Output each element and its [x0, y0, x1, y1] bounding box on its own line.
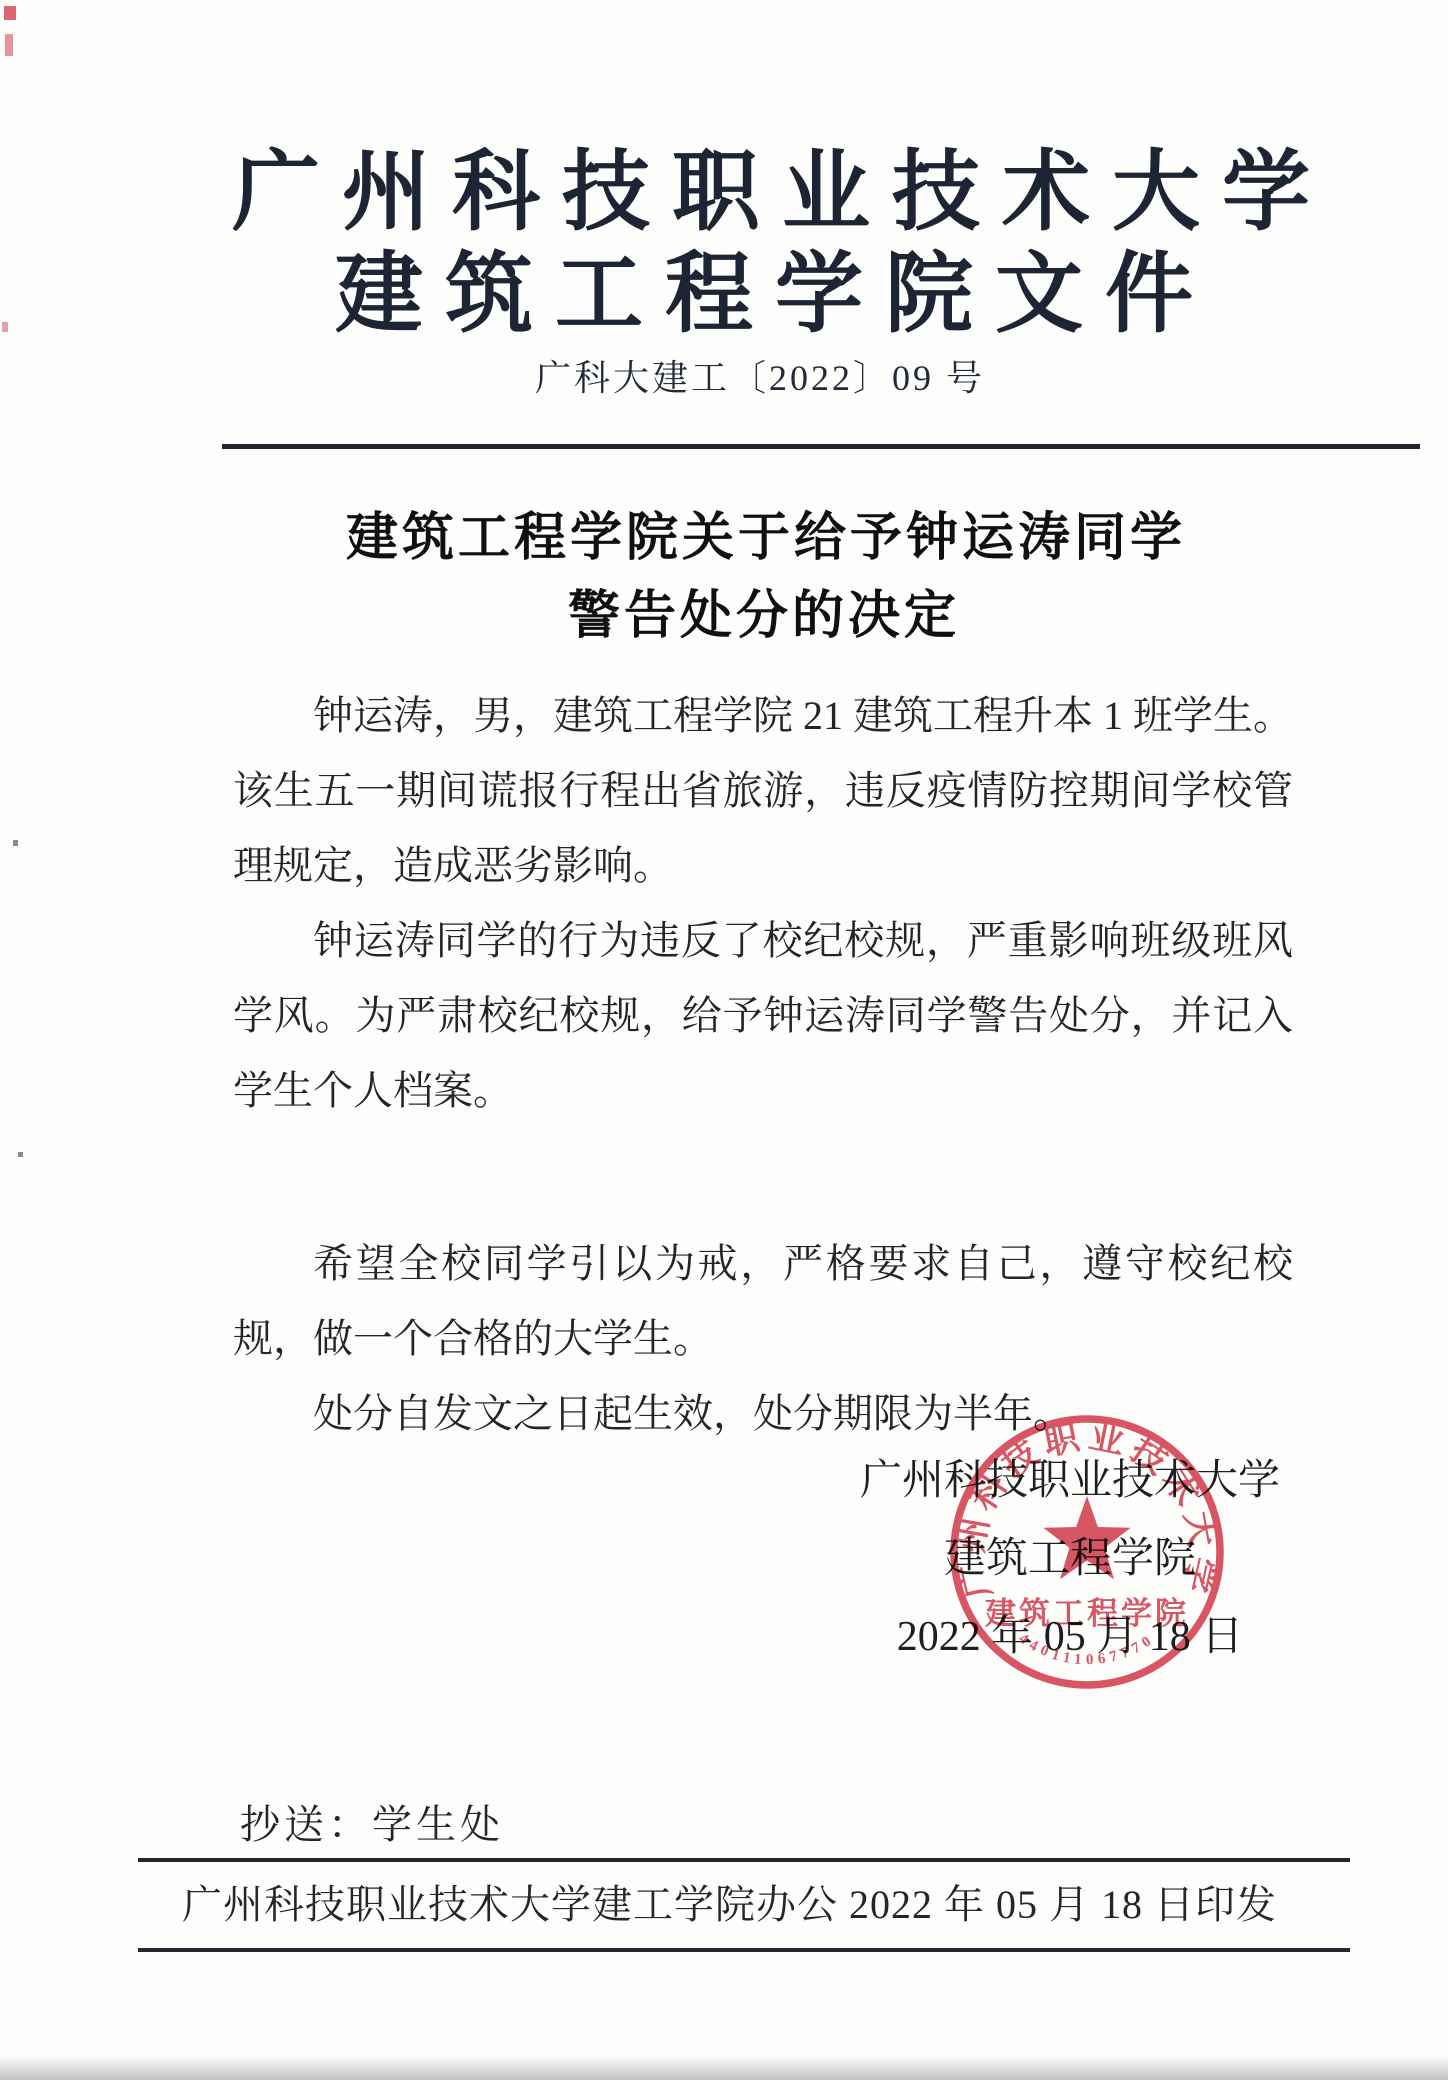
issue-line: 广州科技职业技术大学建工学院办公 2022 年 05 月 18 日印发 — [182, 1880, 1277, 1930]
org-name-line1: 广州科技职业技术大学 — [116, 150, 1448, 238]
paragraph-1: 钟运涛，男，建筑工程学院 21 建筑工程升本 1 班学生。该生五一期间谎报行程出… — [233, 678, 1293, 903]
cc-line: 抄送：学生处 — [240, 1800, 504, 1850]
header-rule — [222, 444, 1420, 449]
document-page: 广州科技职业技术大学 建筑工程学院文件 广科大建工〔2022〕09 号 建筑工程… — [0, 0, 1448, 2080]
seal-serial-number: 440111067770 — [1016, 1631, 1159, 1669]
paragraph-3: 希望全校同学引以为戒，严格要求自己，遵守校纪校规，做一个合格的大学生。 — [233, 1226, 1293, 1376]
org-name-line2: 建筑工程学院文件 — [102, 252, 1448, 340]
doc-number: 广科大建工〔2022〕09 号 — [72, 360, 1448, 396]
doc-title-line2: 警告处分的决定 — [80, 590, 1448, 642]
scan-speck — [18, 1152, 23, 1157]
footer-rule-top — [138, 1858, 1350, 1862]
scan-bottom-shadow — [0, 2056, 1448, 2080]
doc-title-line1: 建筑工程学院关于给予钟运涛同学 — [84, 512, 1448, 564]
body-text: 钟运涛，男，建筑工程学院 21 建筑工程升本 1 班学生。该生五一期间谎报行程出… — [233, 678, 1293, 1451]
scan-artifact-red — [2, 322, 8, 332]
seal-inner-text: 建筑工程学院 — [985, 1596, 1189, 1631]
footer-rule-bottom — [138, 1948, 1350, 1952]
scan-artifact-red — [4, 6, 16, 20]
scan-artifact-red — [5, 34, 13, 56]
paragraph-2: 钟运涛同学的行为违反了校纪校规，严重影响班级班风学风。为严肃校纪校规，给予钟运涛… — [233, 903, 1293, 1128]
seal-star-icon — [1043, 1496, 1130, 1579]
official-seal: 广州科技职业技术大学 建筑工程学院 440111067770 — [947, 1412, 1227, 1692]
scan-speck — [13, 840, 18, 846]
